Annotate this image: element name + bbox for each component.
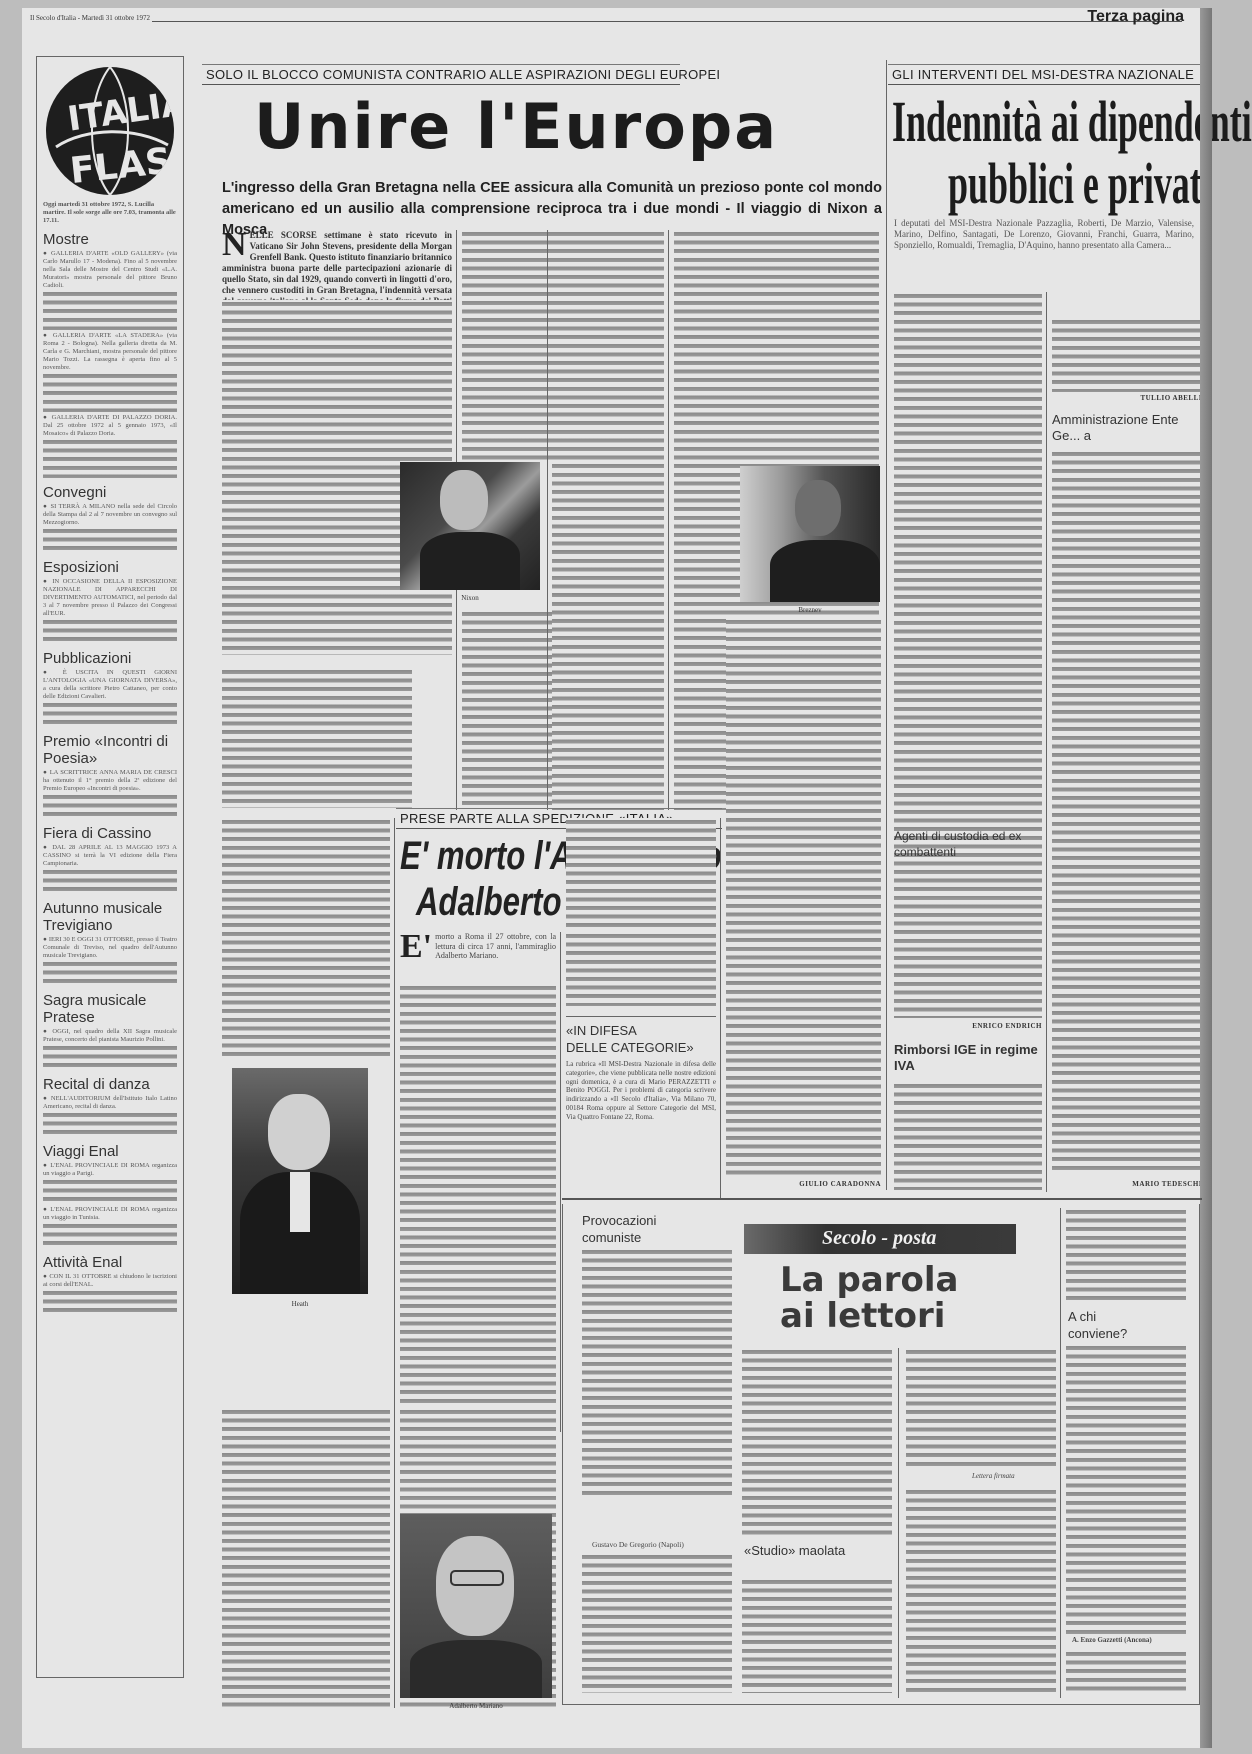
europe-text-col3a <box>552 230 664 810</box>
globe-logo-icon: ITALIA FLASH <box>46 67 174 195</box>
sidebar-section-item: ● L'ENAL PROVINCIALE DI ROMA organizza u… <box>43 1206 177 1222</box>
indennita-subhead-amministrazione: Amministrazione Ente Ge... a <box>1052 412 1202 444</box>
section-tag: Terza pagina <box>1087 8 1184 26</box>
a-chi-conviene-heading: A chi conviene? <box>1068 1308 1158 1342</box>
sidebar-section-heading: Premio «Incontri di Poesia» <box>43 733 177 767</box>
sidebar-text-lines <box>43 1222 177 1248</box>
section-rule <box>562 1198 1202 1200</box>
agenti-text <box>894 868 1042 1018</box>
europe-kicker: SOLO IL BLOCCO COMUNISTA CONTRARIO ALLE … <box>202 64 680 85</box>
sidebar-section-item: ● LA SCRITTRICE ANNA MARIA DE CRESCI ha … <box>43 769 177 793</box>
provocazioni-text-b <box>582 1553 732 1693</box>
sidebar-section-item: ● GALLERIA D'ARTE «OLD GALLERY» (via Car… <box>43 250 177 290</box>
indennita-byline: TULLIO ABELLI <box>1052 394 1202 402</box>
categorie-heading-2: DELLE CATEGORIE» <box>566 1039 716 1056</box>
nixon-photo <box>400 462 540 590</box>
rimborsi-byline: MARIO TEDESCHI <box>1052 1180 1202 1188</box>
indennita-headline-2: pubblici e privati <box>948 154 1212 214</box>
studio-text <box>742 1578 892 1693</box>
sidebar-intro: Oggi martedì 31 ottobre 1972, S. Lucilla… <box>43 201 177 225</box>
sidebar-section-item: ● SI TERRÀ A MILANO nella sede del Circo… <box>43 503 177 527</box>
sidebar-sections: Mostre● GALLERIA D'ARTE «OLD GALLERY» (v… <box>43 231 177 1315</box>
italia-flash-sidebar: ITALIA FLASH Oggi martedì 31 ottobre 197… <box>36 56 184 1678</box>
a-chi-conviene-text <box>1066 1344 1186 1634</box>
sidebar-text-lines <box>43 1178 177 1204</box>
sidebar-text-lines <box>43 290 177 330</box>
categorie-box: «IN DIFESA DELLE CATEGORIE» La rubrica «… <box>566 1022 716 1122</box>
portrait-face <box>440 470 488 530</box>
sidebar-section-item: ● L'ENAL PROVINCIALE DI ROMA organizza u… <box>43 1162 177 1178</box>
sidebar-section-heading: Esposizioni <box>43 559 177 576</box>
europe-col4-lower <box>726 618 881 1178</box>
sidebar-section-item: ● IERI 30 E OGGI 31 OTTOBRE, presso il T… <box>43 936 177 960</box>
box-rule <box>566 1016 716 1017</box>
europe-headline: Unire l'Europa <box>254 90 778 163</box>
sidebar-section-item: ● NELL'AUDITORIUM dell'Istituto Italo La… <box>43 1095 177 1111</box>
sidebar-section-item: ● GALLERIA D'ARTE DI PALAZZO DORIA. Dal … <box>43 414 177 438</box>
indennita-lead: I deputati del MSI-Destra Nazionale Pazz… <box>894 218 1194 288</box>
bullet-icon: ● <box>43 250 51 257</box>
europe-dropcap: N <box>222 230 247 260</box>
bullet-icon: ● <box>43 844 52 851</box>
newspaper-page: Il Secolo d'Italia - Martedì 31 ottobre … <box>22 8 1212 1748</box>
indennita-subhead-agenti: Agenti di custodia ed ex combattenti <box>894 828 1042 860</box>
amministrazione-text <box>1052 450 1202 1170</box>
bullet-icon: ● <box>43 414 52 421</box>
portrait-face <box>795 480 841 536</box>
breznev-photo <box>740 466 880 602</box>
portrait-shirt <box>290 1172 310 1232</box>
ammiraglio-text-col1 <box>400 984 556 1404</box>
portrait-suit <box>410 1640 542 1698</box>
svg-text:FLASH: FLASH <box>68 138 174 193</box>
ammiraglio-dropcap: E' <box>400 932 432 962</box>
ammiraglio-lead: E' morto a Roma il 27 ottobre, con la le… <box>400 932 556 982</box>
svg-text:ITALIA: ITALIA <box>65 83 174 139</box>
europe-lead: N ELLE SCORSE settimane è stato ricevuto… <box>222 230 452 296</box>
sidebar-text-lines <box>43 793 177 819</box>
nixon-caption: Nixon <box>400 594 540 602</box>
sidebar-section-heading: Convegni <box>43 484 177 501</box>
column-rule <box>886 60 887 1190</box>
provocazioni-text <box>582 1248 732 1498</box>
mariano-caption: Adalberto Mariano <box>400 1702 552 1710</box>
a-chi-conviene-text-b <box>1066 1650 1186 1694</box>
column-rule <box>1060 1208 1061 1698</box>
sidebar-text-lines <box>43 527 177 553</box>
europe-lower-text <box>222 1408 390 1708</box>
provocazioni-heading: Provocazioni comuniste <box>582 1212 672 1246</box>
column-rule <box>720 818 721 1198</box>
sidebar-section-heading: Attività Enal <box>43 1254 177 1271</box>
heath-photo <box>232 1068 368 1294</box>
bullet-icon: ● <box>43 769 50 776</box>
indennita-kicker: GLI INTERVENTI DEL MSI-DESTRA NAZIONALE <box>888 64 1206 85</box>
sidebar-section-heading: Fiera di Cassino <box>43 825 177 842</box>
europe-col3-lower <box>566 818 716 928</box>
indennita-text-col2 <box>1052 318 1202 392</box>
sidebar-text-lines <box>43 438 177 478</box>
categorie-text: La rubrica «Il MSI-Destra Nazionale in d… <box>566 1060 716 1122</box>
portrait-suit <box>420 532 520 590</box>
provocazioni-letter: Provocazioni comuniste <box>582 1212 732 1246</box>
page-edge-shadow <box>1200 8 1212 1748</box>
center-letter-text-b <box>906 1488 1056 1693</box>
secolo-posta-banner: Secolo - posta <box>744 1224 1016 1254</box>
sidebar-section-item: ● È USCITA IN QUESTI GIORNI L'ANTOLOGIA … <box>43 669 177 701</box>
sidebar-section-heading: Recital di danza <box>43 1076 177 1093</box>
portrait-suit <box>770 540 880 602</box>
bullet-icon: ● <box>43 1095 51 1102</box>
portrait-glasses <box>450 1570 504 1586</box>
indennita-subhead-rimborsi: Rimborsi IGE in regime IVA <box>894 1042 1042 1074</box>
column-rule <box>668 230 669 810</box>
sidebar-text-lines <box>43 960 177 986</box>
studio-heading: «Studio» maolata <box>744 1542 864 1559</box>
sidebar-text-lines <box>43 1044 177 1070</box>
heath-col-text <box>222 818 390 1058</box>
a-chi-conviene-signature: A. Enzo Gazzetti (Ancona) <box>1072 1636 1187 1644</box>
right-letter-text-top <box>1066 1208 1186 1300</box>
sidebar-section-heading: Sagra musicale Pratese <box>43 992 177 1026</box>
europe-text-col1b <box>222 668 412 808</box>
europe-byline: GIULIO CARADONNA <box>726 1180 881 1188</box>
portrait-face <box>436 1536 514 1636</box>
sidebar-text-lines <box>43 1289 177 1315</box>
italia-flash-logo: ITALIA FLASH <box>46 67 174 195</box>
sidebar-section-heading: Autunno musicale Trevigiano <box>43 900 177 934</box>
studio-signature: Lettera firmata <box>972 1472 1015 1480</box>
portrait-face <box>268 1094 330 1170</box>
sidebar-content: Oggi martedì 31 ottobre 1972, S. Lucilla… <box>37 195 183 1315</box>
sidebar-section-item: ● DAL 28 APRILE AL 13 MAGGIO 1973 A CASS… <box>43 844 177 868</box>
sidebar-section-heading: Viaggi Enal <box>43 1143 177 1160</box>
column-rule <box>898 1348 899 1698</box>
center-letter-text <box>906 1348 1056 1468</box>
mariano-photo <box>400 1514 552 1698</box>
provocazioni-signature: Gustavo De Gregorio (Napoli) <box>592 1540 732 1549</box>
sidebar-section-heading: Pubblicazioni <box>43 650 177 667</box>
sidebar-section-item: ● OGGI, nel quadro della XII Sagra music… <box>43 1028 177 1044</box>
sidebar-section-item: ● GALLERIA D'ARTE «LA STADERA» (via Roma… <box>43 332 177 372</box>
agenti-byline: ENRICO ENDRICH <box>894 1022 1042 1030</box>
column-rule <box>394 818 395 1708</box>
sidebar-text-lines <box>43 618 177 644</box>
la-parola-headline: La parola ai lettori <box>780 1262 958 1334</box>
bullet-icon: ● <box>43 1028 52 1035</box>
bullet-icon: ● <box>43 332 53 339</box>
sidebar-text-lines <box>43 372 177 412</box>
heath-caption: Heath <box>232 1300 368 1308</box>
sidebar-section-item: ● CON IL 31 OTTOBRE si chiudono le iscri… <box>43 1273 177 1289</box>
la-parola-line-2: ai lettori <box>780 1298 958 1334</box>
rimborsi-text <box>894 1082 1042 1190</box>
bullet-icon: ● <box>43 578 52 585</box>
sidebar-text-lines <box>43 701 177 727</box>
breznev-caption: Breznev <box>740 606 880 614</box>
sidebar-section-item: ● IN OCCASIONE DELLA II ESPOSIZIONE NAZI… <box>43 578 177 618</box>
column-rule <box>1046 292 1047 1192</box>
secolo-posta-banner-text: Secolo - posta <box>822 1227 936 1250</box>
masthead-date: Il Secolo d'Italia - Martedì 31 ottobre … <box>30 14 150 22</box>
indennita-headline-1: Indennità ai dipendenti <box>892 92 1252 152</box>
bullet-icon: ● <box>43 669 63 676</box>
masthead-rule <box>152 21 1182 22</box>
column-rule <box>560 932 561 1432</box>
sidebar-text-lines <box>43 1111 177 1137</box>
la-parola-line-1: La parola <box>780 1262 958 1298</box>
ammiraglio-text-col2 <box>566 932 716 1006</box>
categorie-heading-1: «IN DIFESA <box>566 1022 716 1039</box>
sidebar-section-heading: Mostre <box>43 231 177 248</box>
sidebar-text-lines <box>43 868 177 894</box>
studio-letter-text <box>742 1348 892 1538</box>
column-rule <box>547 230 548 810</box>
